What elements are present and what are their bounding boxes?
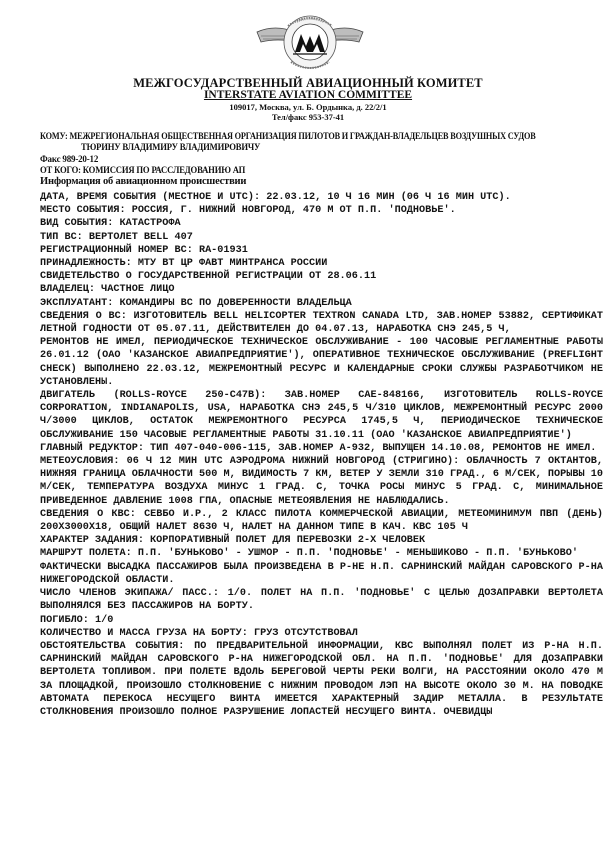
document-subject: Информация об авиационном происшествии [40, 176, 246, 187]
report-paragraph-location: МЕСТО СОБЫТИЯ: РОССИЯ, Г. НИЖНИЙ НОВГОРО… [40, 204, 603, 217]
mak-winged-emblem-icon [255, 2, 365, 76]
recipient-name: ТЮРИНУ ВЛАДИМИРУ ВЛАДИМИРОВИЧУ [81, 142, 260, 153]
report-paragraph-aircraft-info: СВЕДЕНИЯ О ВС: ИЗГОТОВИТЕЛЬ BELL HELICOP… [40, 310, 603, 336]
report-paragraph-engine: ДВИГАТЕЛЬ (ROLLS-ROYCE 250-C47B): ЗАВ.НО… [40, 389, 603, 442]
report-paragraph-certificate: СВИДЕТЕЛЬСТВО О ГОСУДАРСТВЕННОЙ РЕГИСТРА… [40, 270, 603, 283]
org-address: 109017, Москва, ул. Б. Ордынка, д. 22/2/… [0, 102, 616, 112]
report-paragraph-event-type: ВИД СОБЫТИЯ: КАТАСТРОФА [40, 217, 603, 230]
report-paragraph-mission: ХАРАКТЕР ЗАДАНИЯ: КОРПОРАТИВНЫЙ ПОЛЕТ ДЛ… [40, 534, 603, 547]
report-paragraph-gearbox: ГЛАВНЫЙ РЕДУКТОР: ТИП 407-040-006-115, З… [40, 442, 603, 455]
org-phone-fax: Тел/факс 953-37-41 [0, 112, 616, 122]
recipient-fax: Факс 989-20-12 [40, 154, 98, 164]
report-paragraph-weather: МЕТЕОУСЛОВИЯ: 06 Ч 12 МИН UTC АЭРОДРОМА … [40, 455, 603, 508]
report-paragraph-owner: ВЛАДЕЛЕЦ: ЧАСТНОЕ ЛИЦО [40, 283, 603, 296]
report-paragraph-circumstances: ОБСТОЯТЕЛЬСТВА СОБЫТИЯ: ПО ПРЕДВАРИТЕЛЬН… [40, 640, 603, 719]
report-paragraph-cargo: КОЛИЧЕСТВО И МАССА ГРУЗА НА БОРТУ: ГРУЗ … [40, 627, 603, 640]
org-name-en-text: INTERSTATE AVIATION COMMITTEE [204, 89, 412, 101]
report-paragraph-date: ДАТА, ВРЕМЯ СОБЫТИЯ (МЕСТНОЕ И UTC): 22.… [40, 191, 603, 204]
recipient-line: КОМУ: МЕЖРЕГИОНАЛЬНАЯ ОБЩЕСТВЕННАЯ ОРГАН… [40, 131, 536, 142]
report-paragraph-maintenance: РЕМОНТОВ НЕ ИМЕЛ, ПЕРИОДИЧЕСКОЕ ТЕХНИЧЕС… [40, 336, 603, 389]
report-paragraph-crew: ЧИСЛО ЧЛЕНОВ ЭКИПАЖА/ ПАСС.: 1/0. ПОЛЕТ … [40, 587, 603, 613]
report-paragraph-disembark: ФАКТИЧЕСКИ ВЫСАДКА ПАССАЖИРОВ БЫЛА ПРОИЗ… [40, 561, 603, 587]
report-paragraph-aircraft-type: ТИП ВС: ВЕРТОЛЕТ BELL 407 [40, 231, 603, 244]
report-paragraph-registration: РЕГИСТРАЦИОННЫЙ НОМЕР ВС: RA-01931 [40, 244, 603, 257]
report-paragraph-fatalities: ПОГИБЛО: 1/0 [40, 614, 603, 627]
report-paragraph-affiliation: ПРИНАДЛЕЖНОСТЬ: МТУ ВТ ЦР ФАВТ МИНТРАНСА… [40, 257, 603, 270]
report-paragraph-pilot: СВЕДЕНИЯ О КВС: СЕВБО И.Р., 2 КЛАСС ПИЛО… [40, 508, 603, 534]
sender-line: ОТ КОГО: КОМИССИЯ ПО РАССЛЕДОВАНИЮ АП [40, 165, 245, 176]
org-name-en: INTERSTATE AVIATION COMMITTEE [0, 89, 616, 101]
report-body: ДАТА, ВРЕМЯ СОБЫТИЯ (МЕСТНОЕ И UTC): 22.… [40, 191, 603, 719]
report-paragraph-operator: ЭКСПЛУАТАНТ: КОМАНДИРЫ ВС ПО ДОВЕРЕННОСТ… [40, 297, 603, 310]
report-paragraph-route: МАРШРУТ ПОЛЕТА: П.П. 'БУНЬКОВО' - УШМОР … [40, 547, 603, 560]
